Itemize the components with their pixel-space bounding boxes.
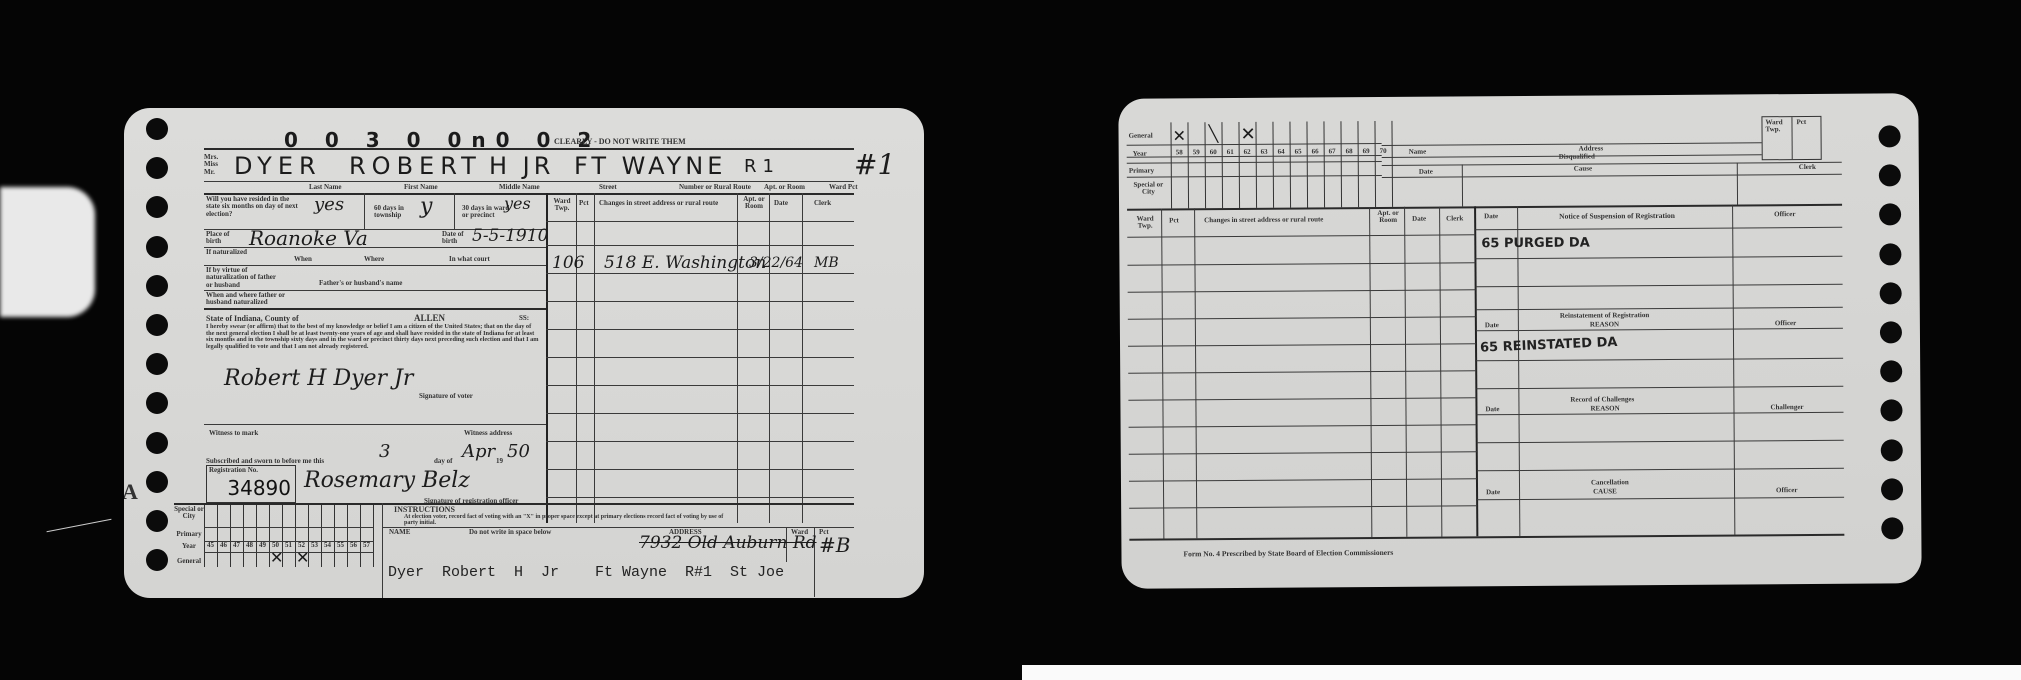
voter-signature: Robert H Dyer Jr [224,366,413,391]
voting-grid-left [204,505,374,567]
vote-mark-50: ✕ [270,548,283,567]
oath-text: I hereby swear (or affirm) that to the b… [206,324,541,350]
residency-township-value: y [420,194,432,219]
registrar-signature: Rosemary Belz [304,468,470,493]
form-footer: Form No. 4 Prescribed by State Board of … [1183,549,1393,558]
year-labels-right: 58 59 60 61 62 63 64 65 66 67 68 69 70 [1171,148,1392,157]
residency-state-value: yes [314,194,344,215]
middle-name-value: H JR [489,152,554,180]
change-clerk-value: MB [814,255,839,271]
first-name-value: ROBERT [349,152,482,180]
ward-pct-box: Ward Twp. Pct [1761,116,1821,160]
rural-route-value: R1 [744,156,780,177]
residency-ward-value: yes [504,194,531,213]
punch-holes [1879,125,1904,556]
card-letter: A [124,480,138,503]
voting-grid-right [1170,121,1393,209]
typed-name-line: Dyer Robert H Jr Ft Wayne R#1 St Joe [388,564,784,581]
salutation-label: Mrs. Miss Mr. [204,154,224,176]
punch-holes [146,118,168,588]
vote-mark-60: ╲ [1208,124,1218,143]
suspension-stamp: 65 PURGED DA [1481,236,1590,252]
vote-mark-62: ✕ [1240,124,1255,145]
header-note: CLEARLY - DO NOT WRITE THEM [554,138,686,146]
last-name-value: DYER [234,152,322,180]
year-labels-left: 45 46 47 48 49 50 51 52 53 54 55 56 57 [204,542,373,549]
change-address-value: 518 E. Washington [604,253,766,273]
background-blob [0,187,95,317]
registration-no-box: Registration No. 34890 [206,465,296,503]
address-change-handwritten: 7932 Old Auburn Rd [639,533,817,553]
registration-card-front: 0 0 3 0 0n0 0 2 CLEARLY - DO NOT WRITE T… [124,108,924,598]
street-value: FT WAYNE [574,152,726,180]
registration-no-value: 34890 [227,476,291,500]
change-ward-value: 106 [552,253,584,273]
reinstatement-stamp: 65 REINSTATED DA [1480,335,1618,356]
vote-mark-52: ✕ [296,548,309,567]
vote-mark-58: ✕ [1172,126,1186,145]
day-value: 3 [379,441,390,462]
month-value: Apr [462,441,495,462]
date-of-birth-value: 5-5-1910 [472,226,548,246]
change-date-value: 3/22/64 [749,255,803,271]
film-scratch [47,519,112,533]
year-value: 50 [507,441,530,462]
registration-card-back: General Year Primary Special or City 58 … [1118,93,1921,589]
white-band [1022,665,2021,680]
pct-handwritten: #B [819,533,850,557]
ward-pct-value: #1 [854,148,895,181]
